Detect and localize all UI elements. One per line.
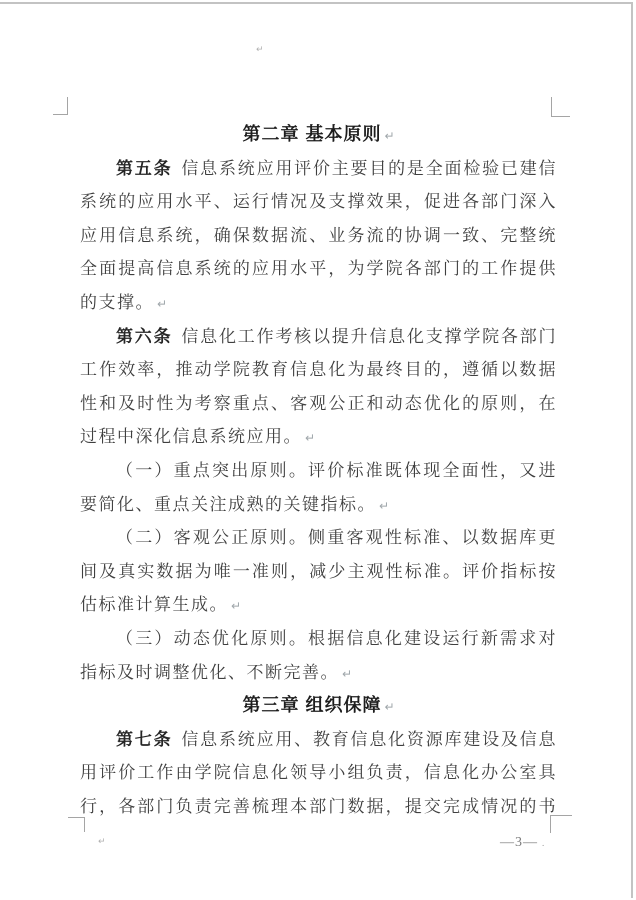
body-line-text: （三）动态优化原则。根据信息化建设运行新需求对评价 <box>116 629 557 656</box>
paragraph-return-icon: ↵ <box>157 297 167 311</box>
body-line: 全面提高信息系统的应用水平，为学院各部门的工作提供有力 <box>80 252 557 286</box>
body-line-text: 工作效率，推动学院教育信息化为最终目的，遵循以数据完整 <box>80 360 557 387</box>
page-number-text: —3— <box>500 835 538 850</box>
body-line: 指标及时调整优化、不断完善。↵ <box>80 656 557 690</box>
body-line: （三）动态优化原则。根据信息化建设运行新需求对评价 <box>80 622 557 656</box>
body-line-text: 要简化、重点关注成熟的关键指标。 <box>80 495 376 514</box>
page-number: —3—. <box>500 835 570 851</box>
body-line: 第六条信息化工作考核以提升信息化支撑学院各部门的 <box>80 320 557 354</box>
body-line-text: 估标准计算生成。 <box>80 595 228 614</box>
body-line: 行，各部门负责完善梳理本部门数据，提交完成情况的书面材 <box>80 790 557 824</box>
body-line: 过程中深化信息系统应用。↵ <box>80 420 557 454</box>
paragraph-return-icon: ↵ <box>384 700 394 714</box>
body-line: （一）重点突出原则。评价标准既体现全面性，又进行必 <box>80 454 557 488</box>
body-line-text: 行，各部门负责完善梳理本部门数据，提交完成情况的书面材 <box>80 797 557 824</box>
paragraph-return-icon: ↵ <box>342 667 352 681</box>
article-number-label: 第六条 <box>116 327 172 346</box>
body-line: 性和及时性为考察重点、客观公正和动态优化的原则，在考核 <box>80 387 557 421</box>
article-number-label: 第五条 <box>116 159 172 178</box>
paragraph-return-icon: ↵ <box>305 431 315 445</box>
body-line-text: 全面提高信息系统的应用水平，为学院各部门的工作提供有力 <box>80 259 557 286</box>
body-line-text: 应用信息系统，确保数据流、业务流的协调一致、完整统一， <box>80 226 557 253</box>
footer-paragraph-mark: ↵ <box>98 837 106 847</box>
body-line: 要简化、重点关注成熟的关键指标。↵ <box>80 488 557 522</box>
header-paragraph-mark: ↵ <box>256 45 264 55</box>
body-line: （二）客观公正原则。侧重客观性标准、以数据库更新时 <box>80 521 557 555</box>
body-line-text: 系统的应用水平、运行情况及支撑效果，促进各部门深入持续 <box>80 192 557 219</box>
body-line-text: 用评价工作由学院信息化领导小组负责，信息化办公室具体执 <box>80 763 557 790</box>
chapter-heading-text: 第二章 基本原则 <box>242 124 381 144</box>
body-line-text: 性和及时性为考察重点、客观公正和动态优化的原则，在考核 <box>80 394 557 421</box>
margin-crop-mark-top-left <box>53 97 68 115</box>
body-line-text: 过程中深化信息系统应用。 <box>80 427 302 446</box>
paragraph-return-icon: ↵ <box>379 499 389 513</box>
body-line: 用评价工作由学院信息化领导小组负责，信息化办公室具体执 <box>80 756 557 790</box>
body-line: 应用信息系统，确保数据流、业务流的协调一致、完整统一， <box>80 219 557 253</box>
body-line: 第五条信息系统应用评价主要目的是全面检验已建信息 <box>80 152 557 186</box>
body-line-text: 的支撑。 <box>80 293 154 312</box>
body-line: 的支撑。↵ <box>80 286 557 320</box>
document-body: 第二章 基本原则↵ 第五条信息系统应用评价主要目的是全面检验已建信息 系统的应用… <box>80 118 557 823</box>
paragraph-return-icon: ↵ <box>384 129 394 143</box>
body-line: 系统的应用水平、运行情况及支撑效果，促进各部门深入持续 <box>80 185 557 219</box>
body-line-text: （二）客观公正原则。侧重客观性标准、以数据库更新时 <box>116 528 557 555</box>
body-line-text: （一）重点突出原则。评价标准既体现全面性，又进行必 <box>116 461 557 488</box>
body-line-text: 信息化工作考核以提升信息化支撑学院各部门的 <box>116 327 557 354</box>
body-line-text: 间及真实数据为唯一准则，减少主观性标准。评价指标按照评 <box>80 562 557 589</box>
paragraph-return-icon: ↵ <box>231 599 241 613</box>
article-number-label: 第七条 <box>116 730 172 749</box>
body-line: 估标准计算生成。↵ <box>80 588 557 622</box>
document-page: ↵ 第二章 基本原则↵ 第五条信息系统应用评价主要目的是全面检验已建信息 系统的… <box>0 0 636 900</box>
body-line: 工作效率，推动学院教育信息化为最终目的，遵循以数据完整 <box>80 353 557 387</box>
body-line: 第七条信息系统应用、教育信息化资源库建设及信息化应 <box>80 723 557 757</box>
margin-crop-mark-top-right <box>551 97 570 117</box>
body-line: 间及真实数据为唯一准则，减少主观性标准。评价指标按照评 <box>80 555 557 589</box>
page-right-edge-line <box>631 2 633 898</box>
body-line-text: 指标及时调整优化、不断完善。 <box>80 663 339 682</box>
footer-dot-mark: . <box>542 838 545 848</box>
body-line-text: 信息系统应用评价主要目的是全面检验已建信息 <box>116 159 557 186</box>
chapter-heading: 第三章 组织保障↵ <box>80 689 557 723</box>
chapter-heading-text: 第三章 组织保障 <box>242 695 381 715</box>
page-top-edge-line <box>0 2 633 4</box>
chapter-heading: 第二章 基本原则↵ <box>80 118 557 152</box>
body-line-text: 信息系统应用、教育信息化资源库建设及信息化应 <box>116 730 557 757</box>
